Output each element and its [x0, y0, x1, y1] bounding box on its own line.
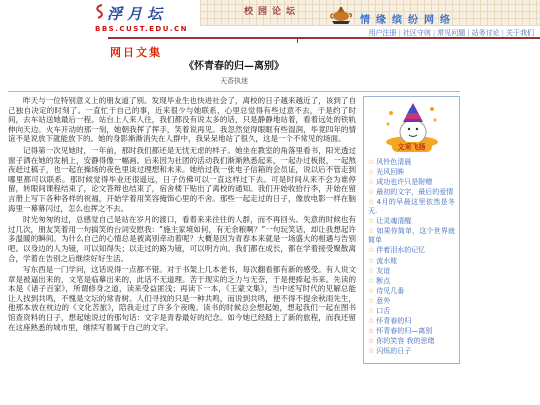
article-area: 《怀青春的归—离别》 天香执迷	[8, 57, 460, 368]
article-link[interactable]: 友谊	[376, 267, 390, 275]
star-icon: ☆	[368, 317, 374, 325]
header-banner: 校园论坛 情缘缤纷网络	[200, 0, 540, 26]
star-icon: ☆	[368, 337, 374, 345]
list-item: ☆友谊	[368, 267, 455, 276]
list-item: ☆最初的文字，最后的爱情	[368, 188, 455, 197]
recent-articles-box: 文采飞扬 ☆风铃色清晨 ☆光风回眸 ☆成功也许只是附赠 ☆最初的文字，最后的爱情…	[363, 96, 460, 364]
star-icon: ☆	[368, 168, 374, 176]
article-link[interactable]: 4月的早晨这里依然是冬天.	[368, 198, 455, 215]
list-item: ☆怀青春的归	[368, 317, 455, 326]
star-icon: ☆	[368, 188, 374, 196]
star-icon: ☆	[368, 277, 374, 285]
nav-separator: |	[502, 29, 504, 37]
star-icon: ☆	[368, 227, 374, 235]
teapot-icon	[328, 4, 354, 29]
star-icon: ☆	[368, 217, 374, 225]
nav-separator: |	[467, 29, 469, 37]
nav-about-link[interactable]: 关于我们	[506, 29, 534, 37]
article-link[interactable]: 意外	[376, 297, 390, 305]
article-link-current[interactable]: 怀青春的归—离别	[376, 327, 432, 335]
article-link[interactable]: 怀青春的归	[376, 317, 411, 325]
star-icon: ☆	[368, 267, 374, 275]
list-item: ☆你的笑容 我的思绪	[368, 337, 455, 346]
site-name: 浮月坛	[107, 3, 167, 24]
article-link[interactable]: 待见几番	[376, 287, 404, 295]
article-author: 天香执迷	[8, 76, 460, 86]
list-item: ☆4月的早晨这里依然是冬天.	[368, 198, 455, 216]
star-icon: ☆	[368, 347, 374, 355]
nav-separator: |	[433, 29, 435, 37]
article-title: 《怀青春的归—离别》	[8, 57, 460, 72]
article-link[interactable]: 流水账	[376, 257, 397, 265]
article-link[interactable]: 让灵魂清醒	[376, 217, 411, 225]
article-link[interactable]: 口舌	[376, 307, 390, 315]
heading-divider	[8, 91, 460, 92]
nav-separator: |	[399, 29, 401, 37]
site-logo[interactable]: 浮月坛 BBS.CUST.EDU.CN	[95, 3, 188, 33]
article-link[interactable]: 断点	[376, 277, 390, 285]
article-link[interactable]: 伴着泪水的记忆	[376, 246, 425, 254]
recent-articles-list: ☆风铃色清晨 ☆光风回眸 ☆成功也许只是附赠 ☆最初的文字，最后的爱情 ☆4月的…	[366, 158, 457, 357]
star-icon: ☆	[368, 178, 374, 186]
sidebar-label-pill: 文采飞扬	[392, 142, 432, 152]
article-link[interactable]: 最初的文字，最后的爱情	[376, 188, 453, 196]
list-item: ☆闪烁的日子	[368, 347, 455, 356]
list-item: ☆成功也许只是附赠	[368, 178, 455, 187]
list-item: ☆意外	[368, 297, 455, 306]
article-link[interactable]: 你的笑容 我的思绪	[376, 337, 434, 345]
list-item: ☆怀青春的归—离别	[368, 327, 455, 336]
nav-site-discuss-link[interactable]: 站务讨论	[472, 29, 500, 37]
article-link[interactable]: 如果你简单，这个世界就简单	[368, 227, 455, 244]
star-icon: ☆	[368, 287, 374, 295]
header-divider-tick	[297, 39, 298, 43]
list-item: ☆如果你简单，这个世界就简单	[368, 227, 455, 245]
article-body: 文采飞扬 ☆风铃色清晨 ☆光风回眸 ☆成功也许只是附赠 ☆最初的文字，最后的爱情…	[8, 96, 460, 332]
list-item: ☆流水账	[368, 257, 455, 266]
nav-faq-link[interactable]: 常见问题	[437, 29, 465, 37]
banner-left-slogan: 校园论坛	[244, 4, 300, 17]
banner-right-slogan: 情缘缤纷网络	[360, 11, 456, 26]
sidebar-header: 文采飞扬	[366, 99, 457, 162]
seahorse-logo-icon	[95, 4, 105, 24]
star-icon: ☆	[368, 307, 374, 315]
nav-register-link[interactable]: 用户注册	[369, 29, 397, 37]
article-link[interactable]: 闪烁的日子	[376, 347, 411, 355]
article-link[interactable]: 成功也许只是附赠	[376, 178, 432, 186]
site-domain: BBS.CUST.EDU.CN	[95, 25, 188, 33]
list-item: ☆断点	[368, 277, 455, 286]
star-icon: ☆	[368, 297, 374, 305]
list-item: ☆光风回眸	[368, 168, 455, 177]
star-icon: ☆	[368, 327, 374, 335]
list-item: ☆待见几番	[368, 287, 455, 296]
article-link[interactable]: 光风回眸	[376, 168, 404, 176]
header-divider	[108, 37, 540, 39]
nav-rules-link[interactable]: 社区守则	[403, 29, 431, 37]
star-icon: ☆	[368, 198, 375, 206]
star-icon: ☆	[368, 257, 374, 265]
list-item: ☆口舌	[368, 307, 455, 316]
list-item: ☆让灵魂清醒	[368, 217, 455, 226]
star-icon: ☆	[368, 246, 374, 254]
list-item: ☆伴着泪水的记忆	[368, 246, 455, 255]
